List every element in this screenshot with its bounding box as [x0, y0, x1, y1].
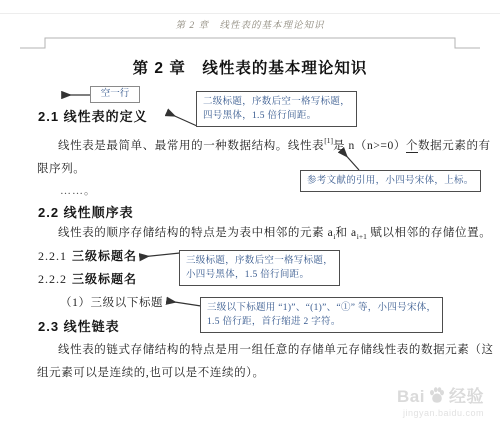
- callout-below-third-line1: 三级以下标题用 “1)”、“(1)”、“①” 等，小四号宋体，: [207, 301, 436, 315]
- callout-below-third: 三级以下标题用 “1)”、“(1)”、“①” 等，小四号宋体， 1.5 倍行距，…: [200, 297, 443, 333]
- heading-2-2-2: 2.2.2三级标题名: [38, 270, 137, 287]
- heading-2-2-2-title: 三级标题名: [72, 272, 137, 286]
- heading-2-2-1-number: 2.2.1: [38, 249, 67, 263]
- para2-sub-i1: i+1: [357, 232, 367, 241]
- arrow-third-level-callout: [141, 253, 180, 257]
- paragraph-3-line1: 线性表的链式存储结构的特点是用一组任意的存储单元存储线性表的数据元素（这: [58, 341, 494, 357]
- para2-post: 赋以相邻的存储位置。: [367, 227, 491, 239]
- para1-pre: 线性表是最简单、最常用的一种数据结构。线性表: [58, 140, 324, 152]
- chapter-title: 第 2 章 线性表的基本理论知识: [0, 56, 500, 78]
- ellipsis-line: ……。: [60, 182, 96, 198]
- callout-blank-line: 空一行: [90, 86, 140, 103]
- watermark: Bai 经验 jingyan.baidu.com: [397, 386, 484, 418]
- para2-pre: 线性表的顺序存储结构的特点是为表中相邻的元素 a: [58, 227, 333, 239]
- arrow-reference-callout: [342, 151, 359, 170]
- paragraph-3-line2: 组元素可以是连续的,也可以是不连续的）。: [37, 364, 265, 380]
- page-top-divider: [0, 13, 500, 14]
- word-document-page: 第 2 章 线性表的基本理论知识 第 2 章 线性表的基本理论知识 空一行 2.…: [0, 0, 500, 439]
- paragraph-1-line1: 线性表是最简单、最常用的一种数据结构。线性表[1]是 n（n>=0）个数据元素的…: [58, 136, 491, 153]
- callout-third-level-line1: 三级标题，序数后空一格写标题，: [186, 254, 333, 268]
- heading-2-1: 2.1 线性表的定义: [38, 106, 148, 125]
- watermark-brand-left: Bai: [397, 388, 425, 406]
- sub-heading-below-third: （1）三级以下标题: [60, 294, 163, 310]
- callout-third-level-line2: 小四号黑体，1.5 倍行间距。: [186, 268, 333, 282]
- watermark-brand-right: 经验: [449, 388, 484, 406]
- callout-second-level: 二级标题，序数后空一格写标题， 四号黑体，1.5 倍行间距。: [196, 91, 357, 127]
- callout-below-third-line2: 1.5 倍行距，首行缩进 2 字符。: [207, 315, 436, 329]
- heading-2-2: 2.2 线性顺序表: [38, 202, 134, 221]
- heading-2-2-1-title: 三级标题名: [72, 249, 137, 263]
- callout-third-level: 三级标题，序数后空一格写标题， 小四号黑体，1.5 倍行间距。: [179, 250, 340, 286]
- watermark-url: jingyan.baidu.com: [397, 408, 484, 418]
- baidu-paw-icon: [427, 386, 447, 406]
- paragraph-2: 线性表的顺序存储结构的特点是为表中相邻的元素 ai和 ai+1 赋以相邻的存储位…: [58, 224, 491, 241]
- heading-2-2-1: 2.2.1三级标题名: [38, 247, 137, 264]
- para2-mid: 和 a: [335, 227, 356, 239]
- paragraph-1-line2: 限序列。: [37, 160, 85, 176]
- callout-second-level-line2: 四号黑体，1.5 倍行间距。: [203, 109, 350, 123]
- arrow-second-level-callout: [168, 113, 197, 126]
- para1-underlined-char: 个: [406, 140, 418, 153]
- arrow-below-third-callout: [168, 301, 201, 306]
- callout-reference: 参考文献的引用，小四号宋体，上标。: [300, 170, 481, 192]
- heading-2-2-2-number: 2.2.2: [38, 272, 67, 286]
- running-header: 第 2 章 线性表的基本理论知识: [0, 17, 500, 31]
- para1-post: 数据元素的有: [418, 140, 491, 152]
- para1-mid: 是 n（n>=0）: [333, 140, 406, 152]
- reference-superscript: [1]: [324, 136, 333, 145]
- header-boundary-line: [20, 38, 480, 48]
- callout-second-level-line1: 二级标题，序数后空一格写标题，: [203, 95, 350, 109]
- heading-2-3: 2.3 线性链表: [38, 316, 120, 335]
